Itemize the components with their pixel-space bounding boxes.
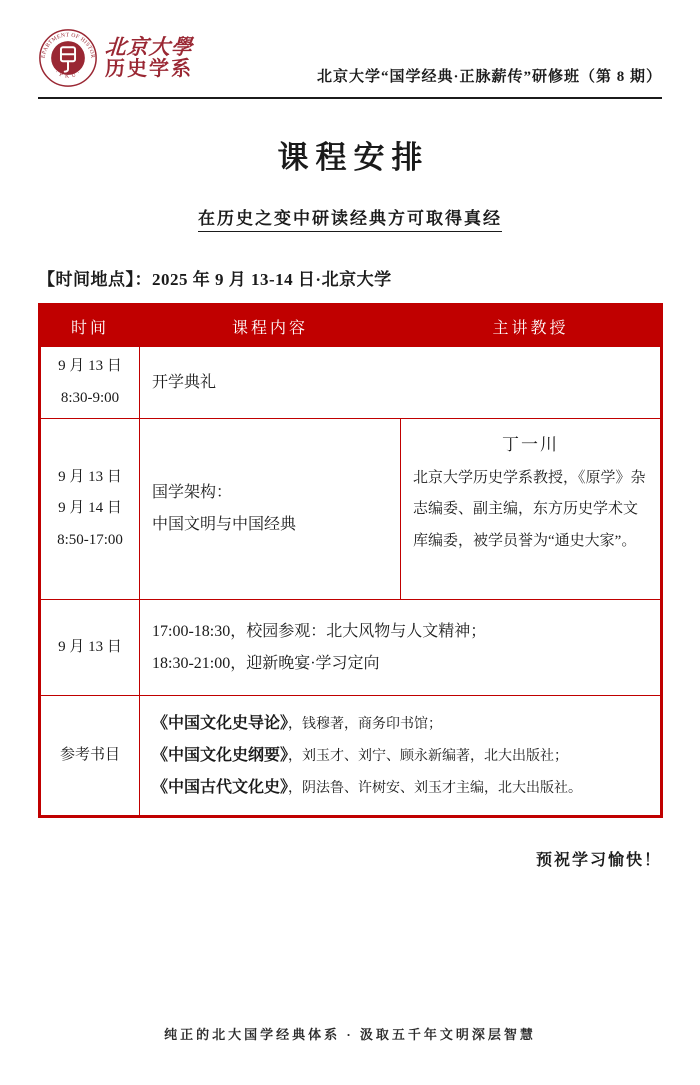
subtitle-wrap: 在历史之变中研读经典方可取得真经 (38, 204, 662, 232)
evening-content-cell: 17:00-18:30，校园参观：北大风物与人文精神； 18:30-21:00，… (140, 600, 662, 696)
opening-hours: 8:30-9:00 (61, 390, 119, 406)
evening-time-cell: 9 月 13 日 (40, 600, 140, 696)
dept-logo: DEPARTMENT OF HISTORY · P K U · 北京大學 历史学… (38, 28, 193, 88)
book-info: ，钱穆著，商务印书馆； (288, 717, 442, 732)
footer-slogan: 纯正的北大国学经典体系 · 汲取五千年文明深层智慧 (0, 1024, 700, 1043)
books-label-cell: 参考书目 (40, 696, 140, 817)
evening-activity-line2: 18:30-21:00，迎新晚宴·学习定向 (152, 655, 380, 672)
book-title: 《中国古代文化史》 (152, 779, 288, 796)
table-row-evening: 9 月 13 日 17:00-18:30，校园参观：北大风物与人文精神； 18:… (40, 600, 662, 696)
professor-bio: 北京大学历史学系教授，《原学》杂志编委、副主编，东方历史学术文库编委，被学员誉为… (413, 470, 646, 549)
dept-name-line1: 北京大學 (104, 36, 194, 58)
dept-name-line2: 历史学系 (105, 59, 193, 80)
book-info: ，阴法鲁、许树安、刘玉才主编，北大出版社。 (288, 781, 582, 796)
dept-name: 北京大學 历史学系 (105, 36, 193, 79)
lecture-topic-line2: 中国文明与中国经典 (152, 516, 296, 533)
lecture-topic-line1: 国学架构： (152, 484, 232, 501)
book-title: 《中国文化史纲要》 (152, 747, 288, 764)
page-header: DEPARTMENT OF HISTORY · P K U · 北京大學 历史学… (38, 28, 662, 99)
table-header-row: 时间 课程内容 主讲教授 (40, 305, 662, 347)
table-row-lecture: 9 月 13 日 9 月 14 日 8:50-17:00 国学架构： 中国文明与… (40, 419, 662, 600)
book-item: 《中国文化史纲要》，刘玉才、刘宁、顾永新编著，北大出版社； (152, 740, 648, 772)
history-seal-icon: DEPARTMENT OF HISTORY · P K U · (38, 28, 98, 88)
schedule-table: 时间 课程内容 主讲教授 9 月 13 日 8:30-9:00 开学典礼 9 月… (38, 303, 663, 818)
table-row-opening: 9 月 13 日 8:30-9:00 开学典礼 (40, 347, 662, 419)
evening-activity-line1: 17:00-18:30，校园参观：北大风物与人文精神； (152, 623, 486, 640)
opening-date: 9 月 13 日 (58, 358, 122, 374)
lecture-hours: 8:50-17:00 (57, 532, 123, 548)
th-content: 课程内容 (140, 305, 401, 347)
lecture-time-cell: 9 月 13 日 9 月 14 日 8:50-17:00 (40, 419, 140, 600)
professor-name: 丁一川 (413, 425, 648, 463)
opening-time-cell: 9 月 13 日 8:30-9:00 (40, 347, 140, 419)
book-info: ，刘玉才、刘宁、顾永新编著，北大出版社； (288, 749, 568, 764)
table-row-books: 参考书目 《中国文化史导论》，钱穆著，商务印书馆； 《中国文化史纲要》，刘玉才、… (40, 696, 662, 817)
book-item: 《中国文化史导论》，钱穆著，商务印书馆； (152, 708, 648, 740)
page-title: 课程安排 (38, 132, 662, 177)
closing-note: 预祝学习愉快！ (38, 847, 662, 870)
th-time: 时间 (40, 305, 140, 347)
book-item: 《中国古代文化史》，阴法鲁、许树安、刘玉才主编，北大出版社。 (152, 772, 648, 804)
book-title: 《中国文化史导论》 (152, 715, 288, 732)
document-page: DEPARTMENT OF HISTORY · P K U · 北京大學 历史学… (0, 0, 700, 1085)
program-title: 北京大学“国学经典·正脉薪传”研修班（第 8 期） (317, 65, 662, 88)
subtitle: 在历史之变中研读经典方可取得真经 (198, 204, 502, 232)
info-line: 【时间地点】：2025 年 9 月 13-14 日·北京大学 (38, 265, 662, 290)
th-professor: 主讲教授 (401, 305, 662, 347)
lecture-date-2: 9 月 14 日 (58, 500, 122, 516)
lecture-professor-cell: 丁一川 北京大学历史学系教授，《原学》杂志编委、副主编，东方历史学术文库编委，被… (401, 419, 662, 600)
lecture-date-1: 9 月 13 日 (58, 469, 122, 485)
books-content-cell: 《中国文化史导论》，钱穆著，商务印书馆； 《中国文化史纲要》，刘玉才、刘宁、顾永… (140, 696, 662, 817)
lecture-content-cell: 国学架构： 中国文明与中国经典 (140, 419, 401, 600)
opening-content-cell: 开学典礼 (140, 347, 662, 419)
